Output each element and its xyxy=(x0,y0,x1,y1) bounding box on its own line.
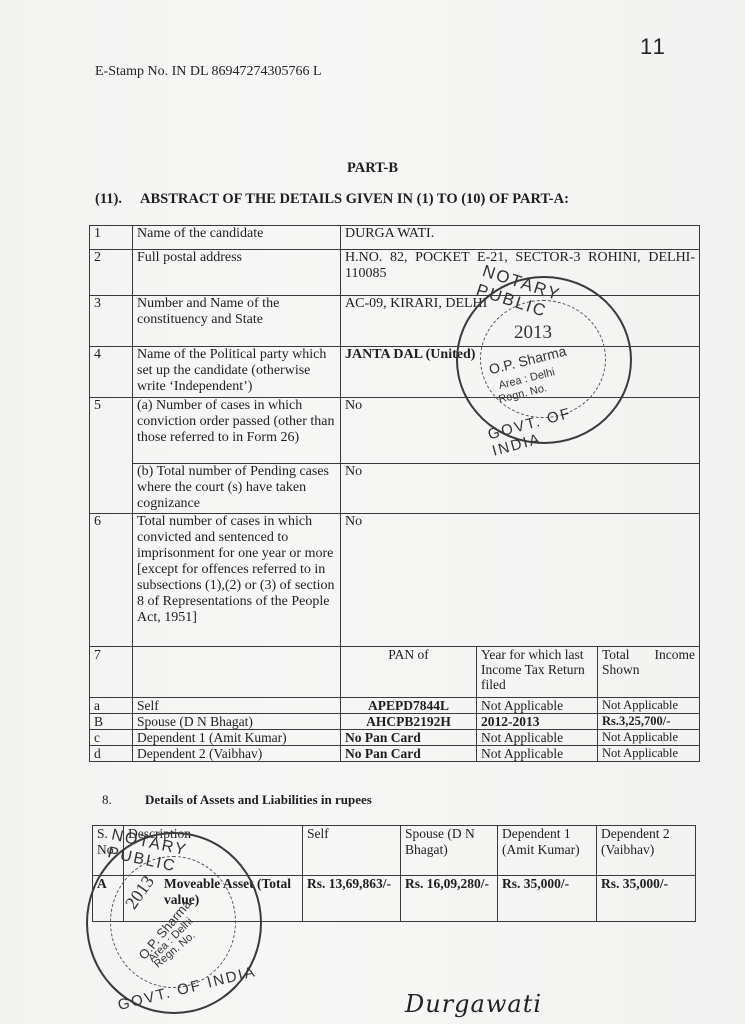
pan: No Pan Card xyxy=(341,746,477,762)
description-header: Description xyxy=(124,826,303,876)
assets-row: A Moveable Asset (Total value) Rs. 13,69… xyxy=(93,876,696,922)
abstract-number: (11). xyxy=(95,191,140,208)
part-title: PART-B xyxy=(0,160,745,177)
total-income: Not Applicable xyxy=(598,698,700,714)
income-header: Total Income Shown xyxy=(598,647,700,698)
signature: Durgawati xyxy=(405,990,542,1018)
assets-heading: 8.Details of Assets and Liabilities in r… xyxy=(102,792,372,808)
postal-address: H.NO. 82, POCKET E-21, SECTOR-3 ROHINI, … xyxy=(341,250,700,296)
abstract-heading: (11).ABSTRACT OF THE DETAILS GIVEN IN (1… xyxy=(95,191,569,208)
assets-number: 8. xyxy=(102,792,145,808)
return-year: Not Applicable xyxy=(477,730,598,746)
table-row: (b) Total number of Pending cases where … xyxy=(90,464,700,514)
income-row: d Dependent 2 (Vaibhav) No Pan Card Not … xyxy=(90,746,700,762)
self-header: Self xyxy=(303,826,401,876)
row-id: B xyxy=(90,714,133,730)
dep2-header: Dependent 2 (Vaibhav) xyxy=(597,826,696,876)
return-year: Not Applicable xyxy=(477,698,598,714)
row-number: 2 xyxy=(90,250,133,296)
return-year: Not Applicable xyxy=(477,746,598,762)
imprisonment-cases: No xyxy=(341,514,700,647)
stamp-regn: Regn. No. xyxy=(152,929,198,970)
total-income: Not Applicable xyxy=(598,730,700,746)
row-label: Name of the candidate xyxy=(133,226,341,250)
conviction-cases: No xyxy=(341,398,700,464)
dep2-value: Rs. 35,000/- xyxy=(597,876,696,922)
row-number: 3 xyxy=(90,296,133,347)
row-number: 5 xyxy=(90,398,133,514)
row-number: 1 xyxy=(90,226,133,250)
row-number: 6 xyxy=(90,514,133,647)
income-row: a Self APEPD7844L Not Applicable Not App… xyxy=(90,698,700,714)
sno-header: S. No xyxy=(93,826,124,876)
stamp-area: Area : Delhi xyxy=(146,915,195,964)
table-row: 5 (a) Number of cases in which convictio… xyxy=(90,398,700,464)
total-income: Not Applicable xyxy=(598,746,700,762)
table-row: 6 Total number of cases in which convict… xyxy=(90,514,700,647)
assets-title: Details of Assets and Liabilities in rup… xyxy=(145,792,372,807)
person: Dependent 1 (Amit Kumar) xyxy=(133,730,341,746)
pan: APEPD7844L xyxy=(341,698,477,714)
table-row: 3 Number and Name of the constituency an… xyxy=(90,296,700,347)
row-label: (b) Total number of Pending cases where … xyxy=(133,464,341,514)
row-label: (a) Number of cases in which conviction … xyxy=(133,398,341,464)
year-header: Year for which last Income Tax Return fi… xyxy=(477,647,598,698)
income-row: c Dependent 1 (Amit Kumar) No Pan Card N… xyxy=(90,730,700,746)
pending-cases: No xyxy=(341,464,700,514)
row-id: a xyxy=(90,698,133,714)
table-row: 4 Name of the Political party which set … xyxy=(90,347,700,398)
assets-header-row: S. No Description Self Spouse (D N Bhaga… xyxy=(93,826,696,876)
income-header-row: 7 PAN of Year for which last Income Tax … xyxy=(90,647,700,698)
self-value: Rs. 13,69,863/- xyxy=(303,876,401,922)
table-row: 2 Full postal address H.NO. 82, POCKET E… xyxy=(90,250,700,296)
pan: No Pan Card xyxy=(341,730,477,746)
abstract-title: ABSTRACT OF THE DETAILS GIVEN IN (1) TO … xyxy=(140,191,569,207)
stamp-bottom-text: GOVT. OF INDIA xyxy=(116,963,258,1014)
abstract-table: 1 Name of the candidate DURGA WATI. 2 Fu… xyxy=(89,225,700,762)
pan: AHCPB2192H xyxy=(341,714,477,730)
row-label: Number and Name of the constituency and … xyxy=(133,296,341,347)
assets-table: S. No Description Self Spouse (D N Bhaga… xyxy=(92,825,696,922)
document-page: 11 E-Stamp No. IN DL 86947274305766 L PA… xyxy=(0,0,745,1024)
person: Dependent 2 (Vaibhav) xyxy=(133,746,341,762)
person: Spouse (D N Bhagat) xyxy=(133,714,341,730)
row-label: Name of the Political party which set up… xyxy=(133,347,341,398)
spouse-value: Rs. 16,09,280/- xyxy=(401,876,498,922)
person: Self xyxy=(133,698,341,714)
description: Moveable Asset (Total value) xyxy=(124,876,303,922)
spouse-header: Spouse (D N Bhagat) xyxy=(401,826,498,876)
row-label: Total number of cases in which convicted… xyxy=(133,514,341,647)
political-party: JANTA DAL (United) xyxy=(341,347,700,398)
page-number: 11 xyxy=(640,34,667,60)
row-number: 7 xyxy=(90,647,133,698)
row-number: 4 xyxy=(90,347,133,398)
income-row: B Spouse (D N Bhagat) AHCPB2192H 2012-20… xyxy=(90,714,700,730)
sno: A xyxy=(93,876,124,922)
total-income: Rs.3,25,700/- xyxy=(598,714,700,730)
row-id: d xyxy=(90,746,133,762)
candidate-name: DURGA WATI. xyxy=(341,226,700,250)
row-id: c xyxy=(90,730,133,746)
dep1-value: Rs. 35,000/- xyxy=(498,876,597,922)
table-row: 1 Name of the candidate DURGA WATI. xyxy=(90,226,700,250)
constituency: AC-09, KIRARI, DELHI xyxy=(341,296,700,347)
row-label: Full postal address xyxy=(133,250,341,296)
pan-header: PAN of xyxy=(341,647,477,698)
dep1-header: Dependent 1 (Amit Kumar) xyxy=(498,826,597,876)
estamp-number: E-Stamp No. IN DL 86947274305766 L xyxy=(95,64,322,80)
return-year: 2012-2013 xyxy=(477,714,598,730)
